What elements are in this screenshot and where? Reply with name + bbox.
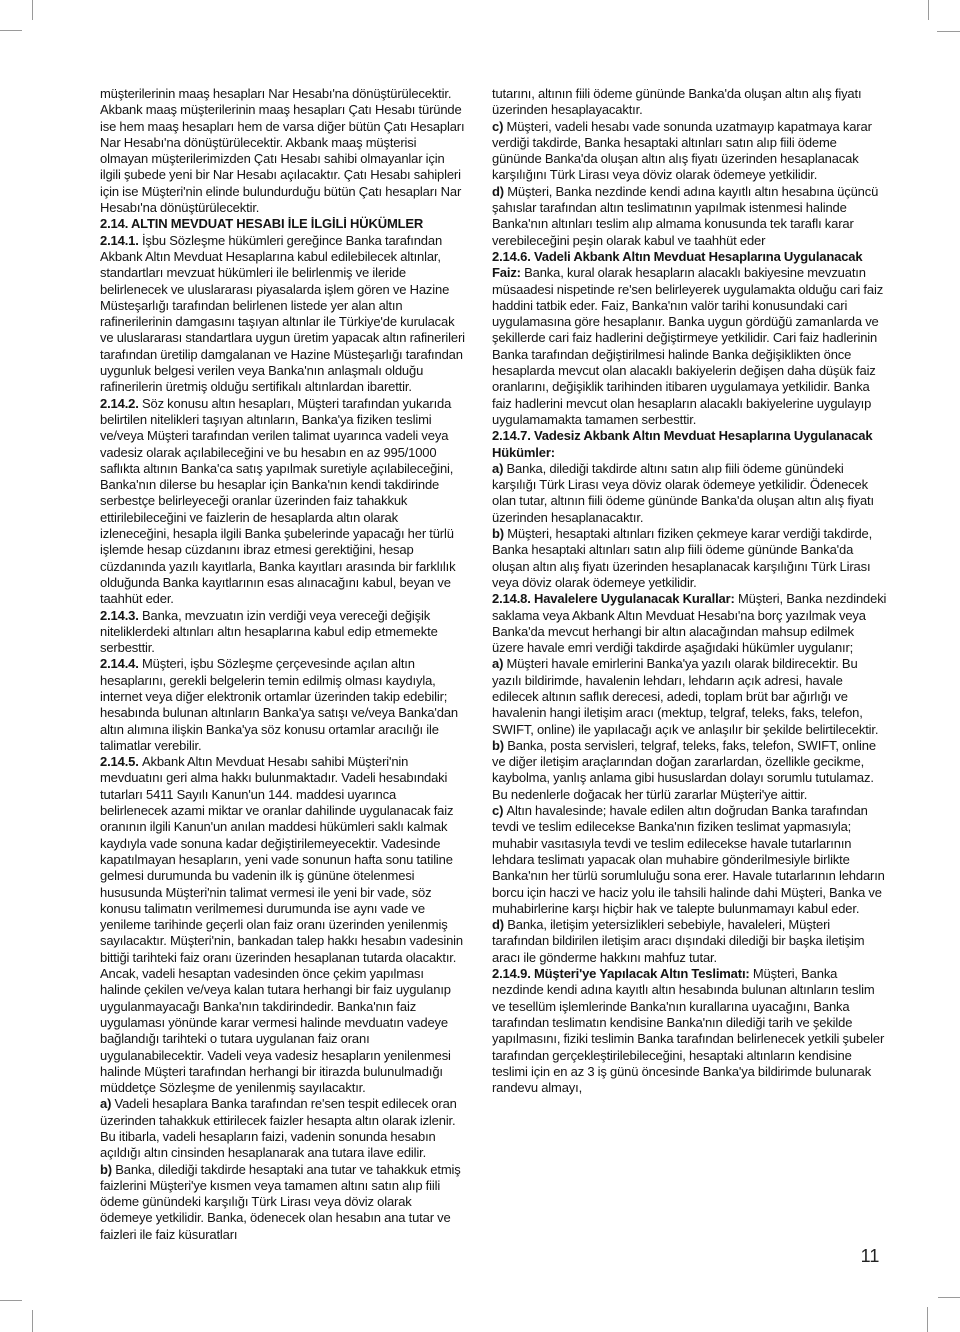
- paragraph-lead-bold: 2.14.3.: [100, 608, 142, 623]
- paragraph: a) Banka, dilediği takdirde altını satın…: [492, 461, 888, 526]
- paragraph: 2.14.9. Müşteri'ye Yapılacak Altın Tesli…: [492, 966, 888, 1096]
- paragraph-lead-bold: a): [492, 461, 507, 476]
- paragraph: b) Banka, dilediği takdirde hesaptaki an…: [100, 1162, 466, 1243]
- paragraph: müşterilerinin maaş hesapları Nar Hesabı…: [100, 86, 466, 216]
- paragraph: c) Altın havalesinde; havale edilen altı…: [492, 803, 888, 917]
- crop-mark-top-left-vertical: [32, 0, 33, 20]
- paragraph-lead-bold: a): [492, 656, 507, 671]
- paragraph: d) Banka, iletişim yetersizlikleri sebeb…: [492, 917, 888, 966]
- left-column: müşterilerinin maaş hesapları Nar Hesabı…: [100, 86, 466, 1246]
- crop-mark-top-left-horizontal: [0, 30, 22, 31]
- paragraph-lead-bold: 2.14. ALTIN MEVDUAT HESABI İLE İLGİLİ HÜ…: [100, 216, 423, 231]
- section-heading: 2.14.7. Vadesiz Akbank Altın Mevduat Hes…: [492, 428, 888, 461]
- paragraph-lead-bold: 2.14.5.: [100, 754, 142, 769]
- right-column: tutarını, altının fiili ödeme gününde Ba…: [492, 86, 888, 1246]
- paragraph: 2.14.4. Müşteri, işbu Sözleşme çerçevesi…: [100, 656, 466, 754]
- section-heading: 2.14. ALTIN MEVDUAT HESABI İLE İLGİLİ HÜ…: [100, 216, 466, 232]
- paragraph-lead-bold: d): [492, 917, 507, 932]
- paragraph: a) Müşteri havale emirlerini Banka'ya ya…: [492, 656, 888, 737]
- paragraph: tutarını, altının fiili ödeme gününde Ba…: [492, 86, 888, 119]
- paragraph-lead-bold: a): [100, 1096, 115, 1111]
- crop-mark-bottom-right-horizontal: [938, 1297, 960, 1298]
- paragraph-lead-bold: 2.14.2.: [100, 396, 142, 411]
- paragraph: b) Banka, posta servisleri, telgraf, tel…: [492, 738, 888, 803]
- paragraph: d) Müşteri, Banka nezdinde kendi adına k…: [492, 184, 888, 249]
- paragraph-lead-bold: 2.14.1.: [100, 233, 142, 248]
- paragraph: 2.14.1. İşbu Sözleşme hükümleri gereğinc…: [100, 233, 466, 396]
- paragraph-lead-bold: d): [492, 184, 507, 199]
- paragraph-lead-bold: b): [492, 738, 507, 753]
- paragraph-lead-bold: c): [492, 119, 507, 134]
- paragraph-lead-bold: 2.14.6. Vadeli Akbank Altın Mevduat Hesa…: [492, 249, 862, 280]
- crop-mark-bottom-right-vertical: [927, 1307, 928, 1332]
- paragraph-lead-bold: b): [100, 1162, 115, 1177]
- paragraph: c) Müşteri, vadeli hesabı vade sonunda u…: [492, 119, 888, 184]
- paragraph: 2.14.5. Akbank Altın Mevduat Hesabı sahi…: [100, 754, 466, 1096]
- paragraph-lead-bold: b): [492, 526, 507, 541]
- paragraph: 2.14.8. Havalelere Uygulanacak Kurallar:…: [492, 591, 888, 656]
- text-columns: müşterilerinin maaş hesapları Nar Hesabı…: [100, 86, 888, 1246]
- paragraph: 2.14.3. Banka, mevzuatın izin verdiği ve…: [100, 608, 466, 657]
- paragraph: 2.14.6. Vadeli Akbank Altın Mevduat Hesa…: [492, 249, 888, 428]
- crop-mark-top-right-horizontal: [937, 31, 960, 32]
- crop-mark-bottom-left-vertical: [32, 1310, 33, 1332]
- document-page: müşterilerinin maaş hesapları Nar Hesabı…: [0, 0, 960, 1332]
- paragraph: b) Müşteri, hesaptaki altınları fiziken …: [492, 526, 888, 591]
- crop-mark-top-right-vertical: [928, 0, 929, 20]
- paragraph-lead-bold: c): [492, 803, 507, 818]
- paragraph-lead-bold: 2.14.4.: [100, 656, 142, 671]
- paragraph-lead-bold: 2.14.9. Müşteri'ye Yapılacak Altın Tesli…: [492, 966, 753, 981]
- paragraph-lead-bold: 2.14.8. Havalelere Uygulanacak Kurallar:: [492, 591, 738, 606]
- crop-mark-bottom-left-horizontal: [0, 1300, 22, 1301]
- paragraph: a) Vadeli hesaplara Banka tarafından re'…: [100, 1096, 466, 1161]
- page-number: 11: [855, 1246, 885, 1267]
- paragraph: 2.14.2. Söz konusu altın hesapları, Müşt…: [100, 396, 466, 608]
- paragraph-lead-bold: 2.14.7. Vadesiz Akbank Altın Mevduat Hes…: [492, 428, 872, 459]
